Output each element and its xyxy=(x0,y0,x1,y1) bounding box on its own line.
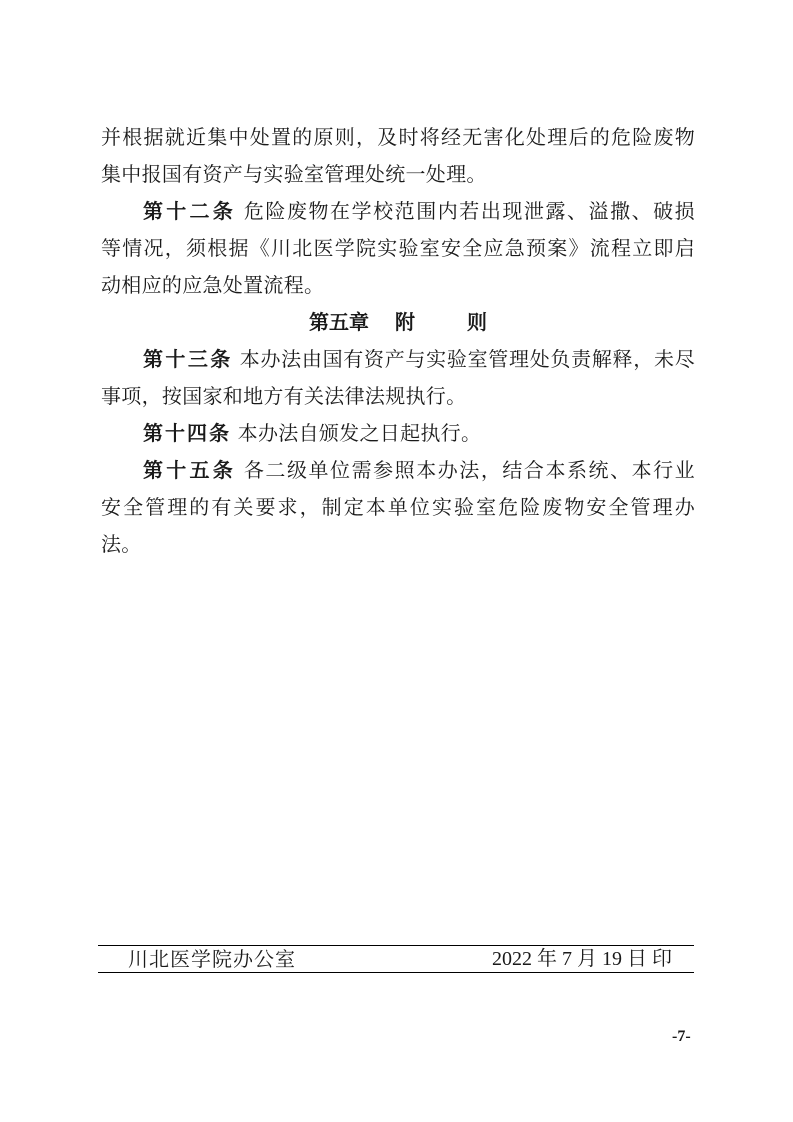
text-line: 等情况，须根据《川北医学院实验室安全应急预案》流程立即启 xyxy=(101,230,695,267)
article-text: 各二级单位需参照本办法，结合本系统、本行业 xyxy=(244,458,695,482)
page-number: -7- xyxy=(672,1028,691,1046)
article-label: 第十五条 xyxy=(143,458,236,482)
text-line: 安全管理的有关要求，制定本单位实验室危险废物安全管理办 xyxy=(101,489,695,526)
article-text: 本办法由国有资产与实验室管理处负责解释，未尽 xyxy=(240,347,695,371)
document-page: 并根据就近集中处置的原则，及时将经无害化处理后的危险废物 集中报国有资产与实验室… xyxy=(0,0,793,1122)
article-text: 本办法自颁发之日起执行。 xyxy=(238,421,482,445)
text-line: 动相应的应急处置流程。 xyxy=(101,267,695,304)
article-15-line: 第十五条 各二级单位需参照本办法，结合本系统、本行业 xyxy=(101,452,695,489)
print-date: 2022 年 7 月 19 日 印 xyxy=(492,946,672,972)
article-text: 危险废物在学校范围内若出现泄露、溢撒、破损 xyxy=(244,199,695,223)
article-12-line: 第十二条 危险废物在学校范围内若出现泄露、溢撒、破损 xyxy=(101,193,695,230)
article-label: 第十三条 xyxy=(143,347,233,371)
issuer-name: 川北医学院办公室 xyxy=(128,946,296,972)
chapter-title-a: 附 xyxy=(395,310,415,334)
text-line: 事项，按国家和地方有关法律法规执行。 xyxy=(101,378,695,415)
chapter-number: 第五章 xyxy=(309,310,369,334)
text-line: 法。 xyxy=(101,526,695,563)
article-13-line: 第十三条 本办法由国有资产与实验室管理处负责解释，未尽 xyxy=(101,341,695,378)
print-footer: 川北医学院办公室 2022 年 7 月 19 日 印 xyxy=(98,945,694,973)
text-line: 集中报国有资产与实验室管理处统一处理。 xyxy=(101,156,695,193)
chapter-heading: 第五章附则 xyxy=(101,304,695,341)
text-line: 并根据就近集中处置的原则，及时将经无害化处理后的危险废物 xyxy=(101,119,695,156)
article-label: 第十二条 xyxy=(143,199,236,223)
document-body: 并根据就近集中处置的原则，及时将经无害化处理后的危险废物 集中报国有资产与实验室… xyxy=(101,119,695,563)
article-label: 第十四条 xyxy=(143,421,231,445)
article-14-line: 第十四条 本办法自颁发之日起执行。 xyxy=(101,415,695,452)
chapter-title-b: 则 xyxy=(467,310,487,334)
